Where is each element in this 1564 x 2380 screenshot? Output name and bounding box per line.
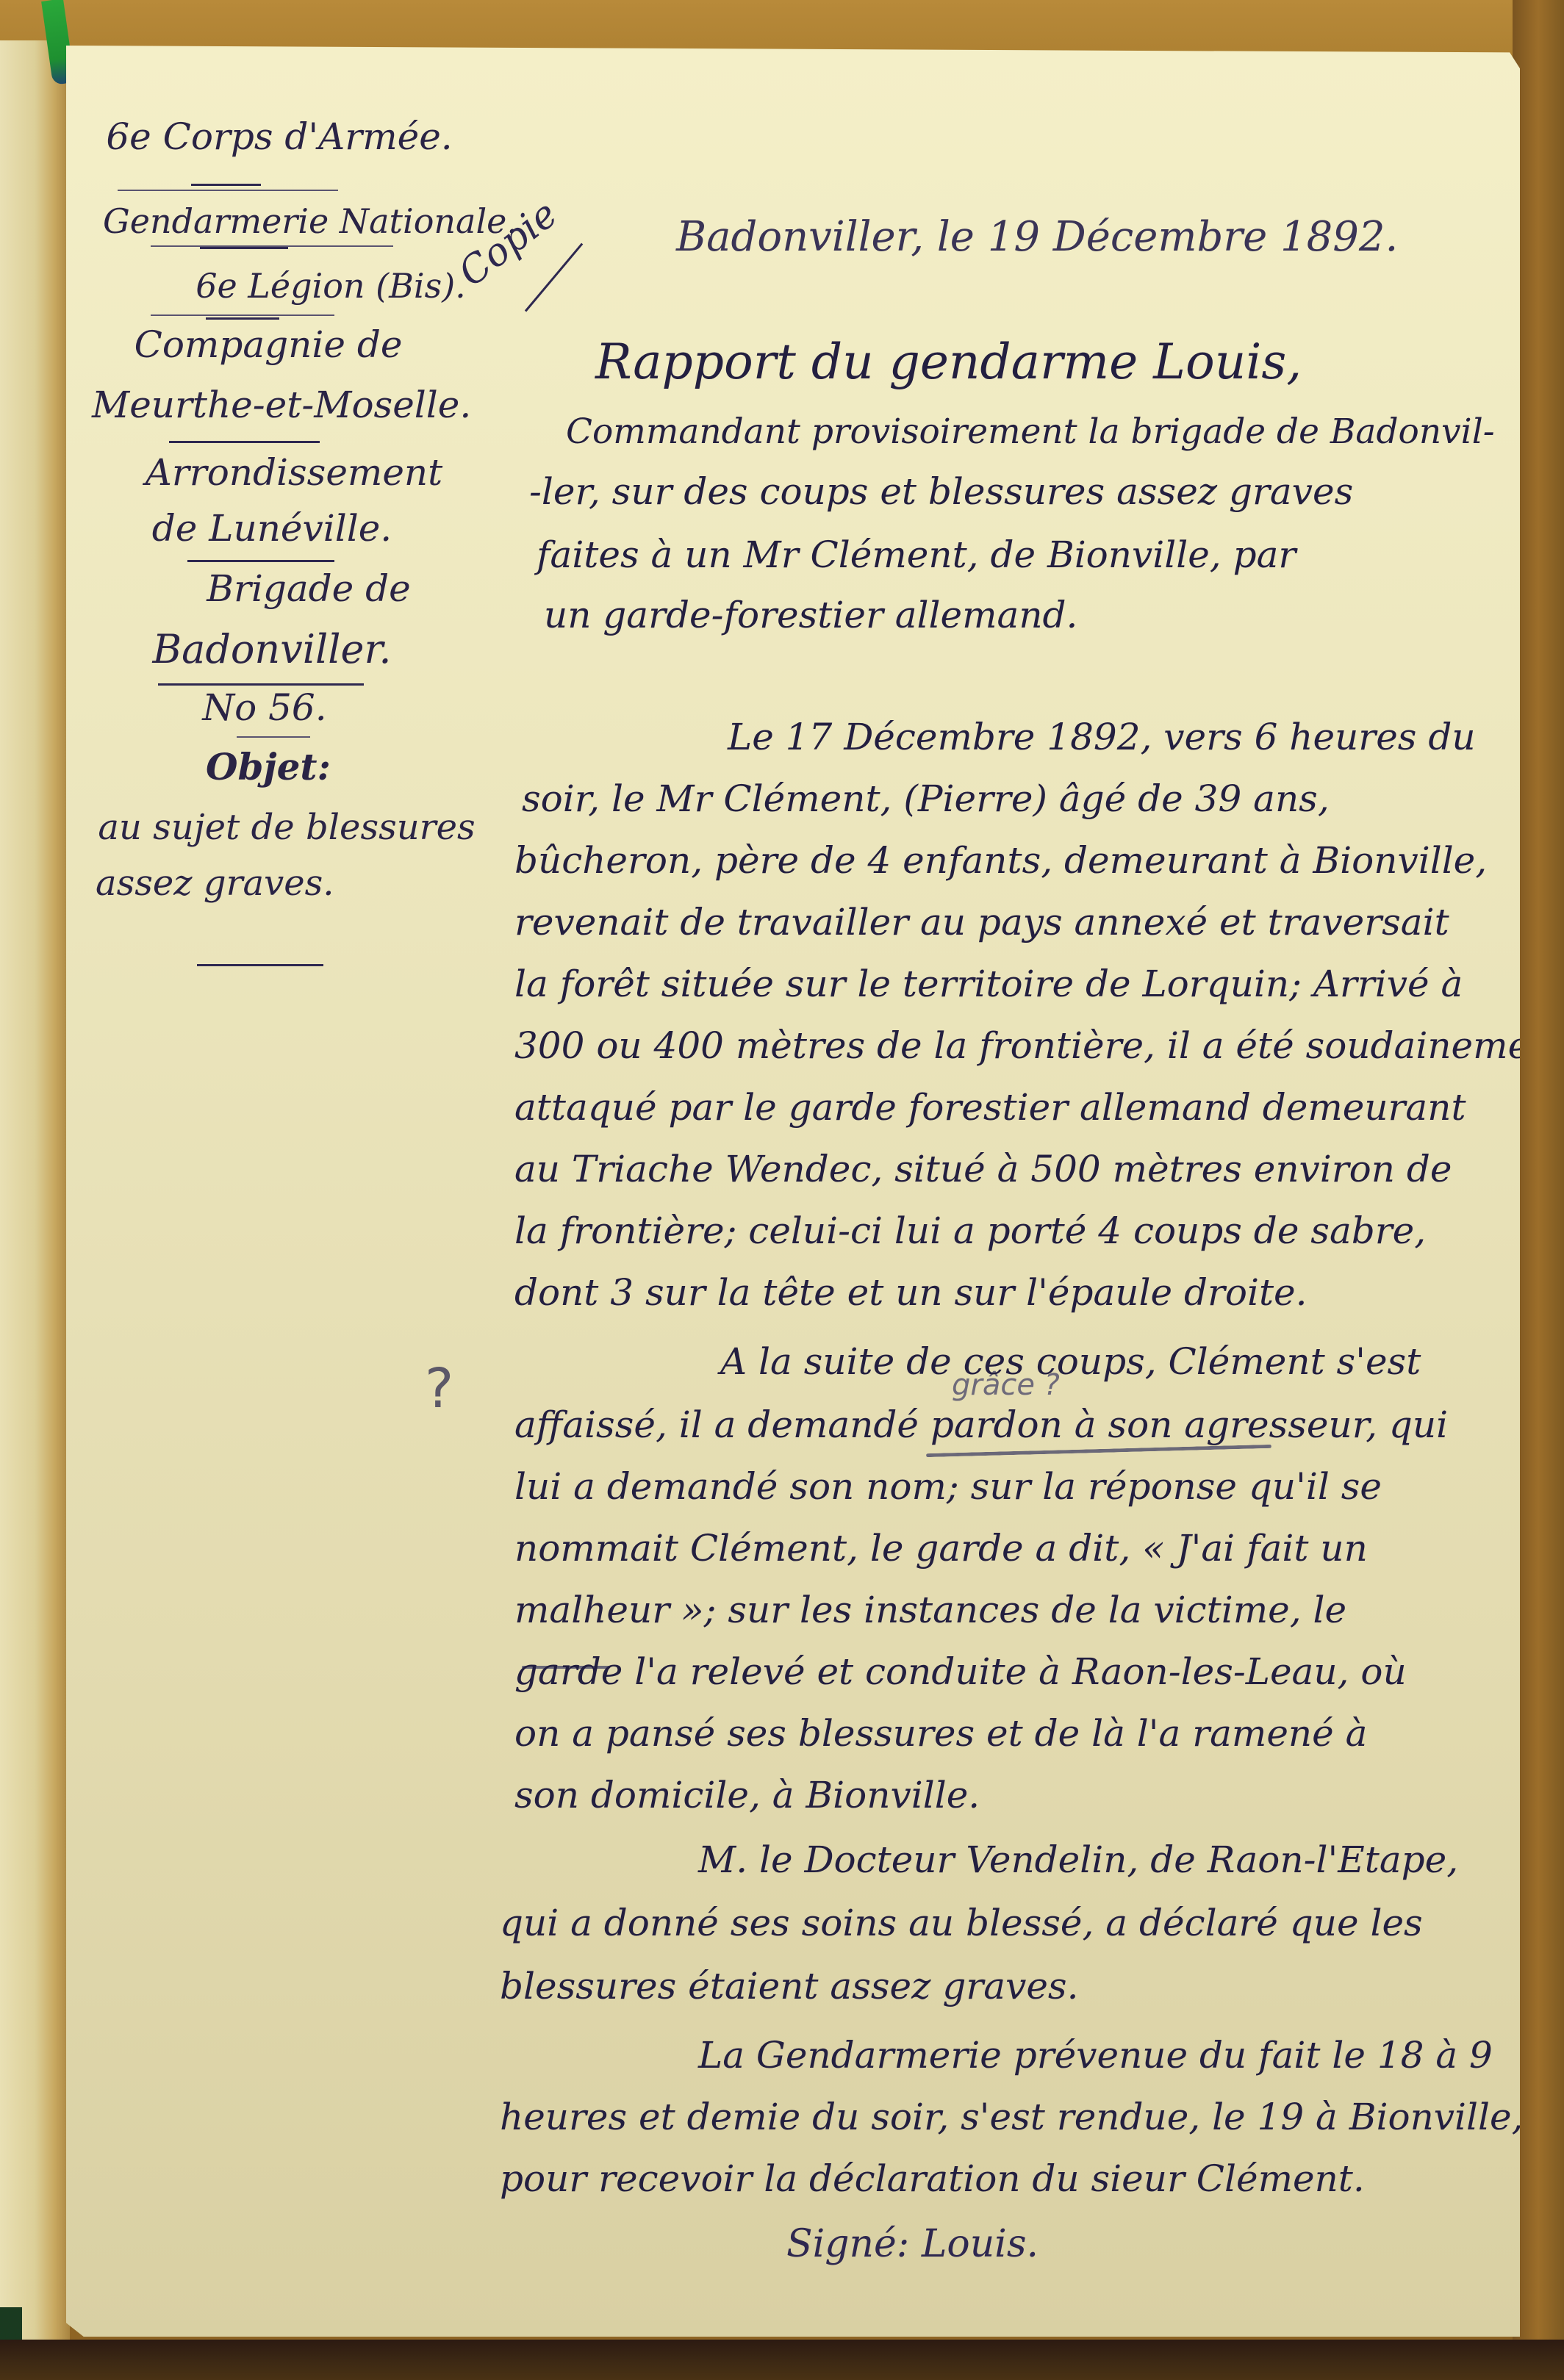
wooden-table-edge-right bbox=[1513, 0, 1564, 2380]
body-p1-line: bûcheron, père de 4 enfants, demeurant à… bbox=[514, 839, 1487, 882]
title-line-2: Commandant provisoirement la brigade de … bbox=[566, 411, 1495, 452]
header-gendarmerie: Gendarmerie Nationale. bbox=[103, 201, 500, 241]
copie-flourish bbox=[525, 243, 583, 312]
body-p4-line: heures et demie du soir, s'est rendue, l… bbox=[500, 2096, 1524, 2138]
header-rule bbox=[206, 317, 279, 320]
body-p4-line: pour recevoir la déclaration du sieur Cl… bbox=[500, 2157, 1365, 2200]
body-p1-line: la frontière; celui-ci lui a porté 4 cou… bbox=[514, 1209, 1426, 1252]
wooden-table-edge-bottom bbox=[0, 2340, 1564, 2380]
body-p2-line: on a pansé ses blessures et de là l'a ra… bbox=[514, 1712, 1367, 1755]
header-rule bbox=[191, 184, 261, 186]
header-rule bbox=[118, 190, 338, 191]
header-legion: 6e Légion (Bis). bbox=[184, 266, 478, 306]
header-rule bbox=[237, 736, 310, 738]
body-p1-line: la forêt située sur le territoire de Lor… bbox=[514, 963, 1463, 1005]
body-p3-line: qui a donné ses soins au blessé, a décla… bbox=[500, 1902, 1423, 1944]
body-p1-line: Le 17 Décembre 1892, vers 6 heures du bbox=[728, 716, 1476, 758]
header-rule bbox=[197, 964, 323, 966]
header-objet-label: Objet: bbox=[169, 745, 367, 788]
body-p3-line: blessures étaient assez graves. bbox=[500, 1965, 1078, 2007]
title-line-4: faites à un Mr Clément, de Bionville, pa… bbox=[537, 533, 1296, 576]
header-rule bbox=[200, 247, 288, 249]
underlying-folder-page bbox=[0, 40, 70, 2340]
body-p1-line: revenait de travailler au pays annexé et… bbox=[514, 901, 1449, 943]
header-rule bbox=[158, 683, 364, 686]
signature: Signé: Louis. bbox=[786, 2222, 1039, 2266]
header-brigade-1: Brigade de bbox=[147, 567, 470, 610]
report-title: Rapport du gendarme Louis, bbox=[595, 334, 1302, 390]
header-objet-1: au sujet de blessures bbox=[88, 807, 485, 848]
body-p1-line: au Triache Wendec, situé à 500 mètres en… bbox=[514, 1148, 1452, 1190]
title-line-3: -ler, sur des coups et blessures assez g… bbox=[529, 470, 1353, 513]
pencil-question-mark: ? bbox=[425, 1357, 453, 1420]
body-p2-line: nommait Clément, le garde a dit, « J'ai … bbox=[514, 1527, 1368, 1570]
header-arrondissement-2: de Lunéville. bbox=[118, 507, 426, 550]
header-corps: 6e Corps d'Armée. bbox=[96, 115, 463, 158]
body-p1-line: attaqué par le garde forestier allemand … bbox=[514, 1086, 1466, 1129]
body-p3-line: M. le Docteur Vendelin, de Raon-l'Etape, bbox=[698, 1838, 1458, 1881]
pencil-underline bbox=[926, 1445, 1271, 1457]
place-date: Badonviller, le 19 Décembre 1892. bbox=[676, 213, 1398, 261]
body-p1-line: dont 3 sur la tête et un sur l'épaule dr… bbox=[514, 1271, 1307, 1314]
body-p4-line: La Gendarmerie prévenue du fait le 18 à … bbox=[698, 2034, 1493, 2077]
header-rule bbox=[187, 560, 334, 562]
body-p2-line: garde l'a relevé et conduite à Raon-les-… bbox=[514, 1650, 1407, 1693]
body-p2-line: A la suite de ces coups, Clément s'est bbox=[720, 1340, 1421, 1383]
document-page: 6e Corps d'Armée. Gendarmerie Nationale.… bbox=[66, 46, 1520, 2337]
body-p2-line: malheur »; sur les instances de la victi… bbox=[514, 1589, 1346, 1631]
header-numero: No 56. bbox=[169, 686, 360, 729]
header-compagnie-2: Meurthe-et-Moselle. bbox=[92, 384, 452, 426]
body-p2-line: son domicile, à Bionville. bbox=[514, 1774, 980, 1816]
header-objet-2: assez graves. bbox=[96, 863, 309, 904]
body-p2-line: affaissé, il a demandé pardon à son agre… bbox=[514, 1403, 1448, 1446]
header-rule bbox=[151, 314, 334, 316]
body-p2-line: lui a demandé son nom; sur la réponse qu… bbox=[514, 1465, 1382, 1508]
header-arrondissement-1: Arrondissement bbox=[132, 451, 456, 494]
header-rule bbox=[169, 441, 320, 443]
body-p1-line: soir, le Mr Clément, (Pierre) âgé de 39 … bbox=[522, 777, 1330, 820]
title-line-5: un garde-forestier allemand. bbox=[544, 594, 1077, 636]
body-p1-line: 300 ou 400 mètres de la frontière, il a … bbox=[514, 1024, 1564, 1067]
header-compagnie-1: Compagnie de bbox=[96, 323, 441, 366]
header-brigade-2: Badonviller. bbox=[110, 626, 434, 672]
